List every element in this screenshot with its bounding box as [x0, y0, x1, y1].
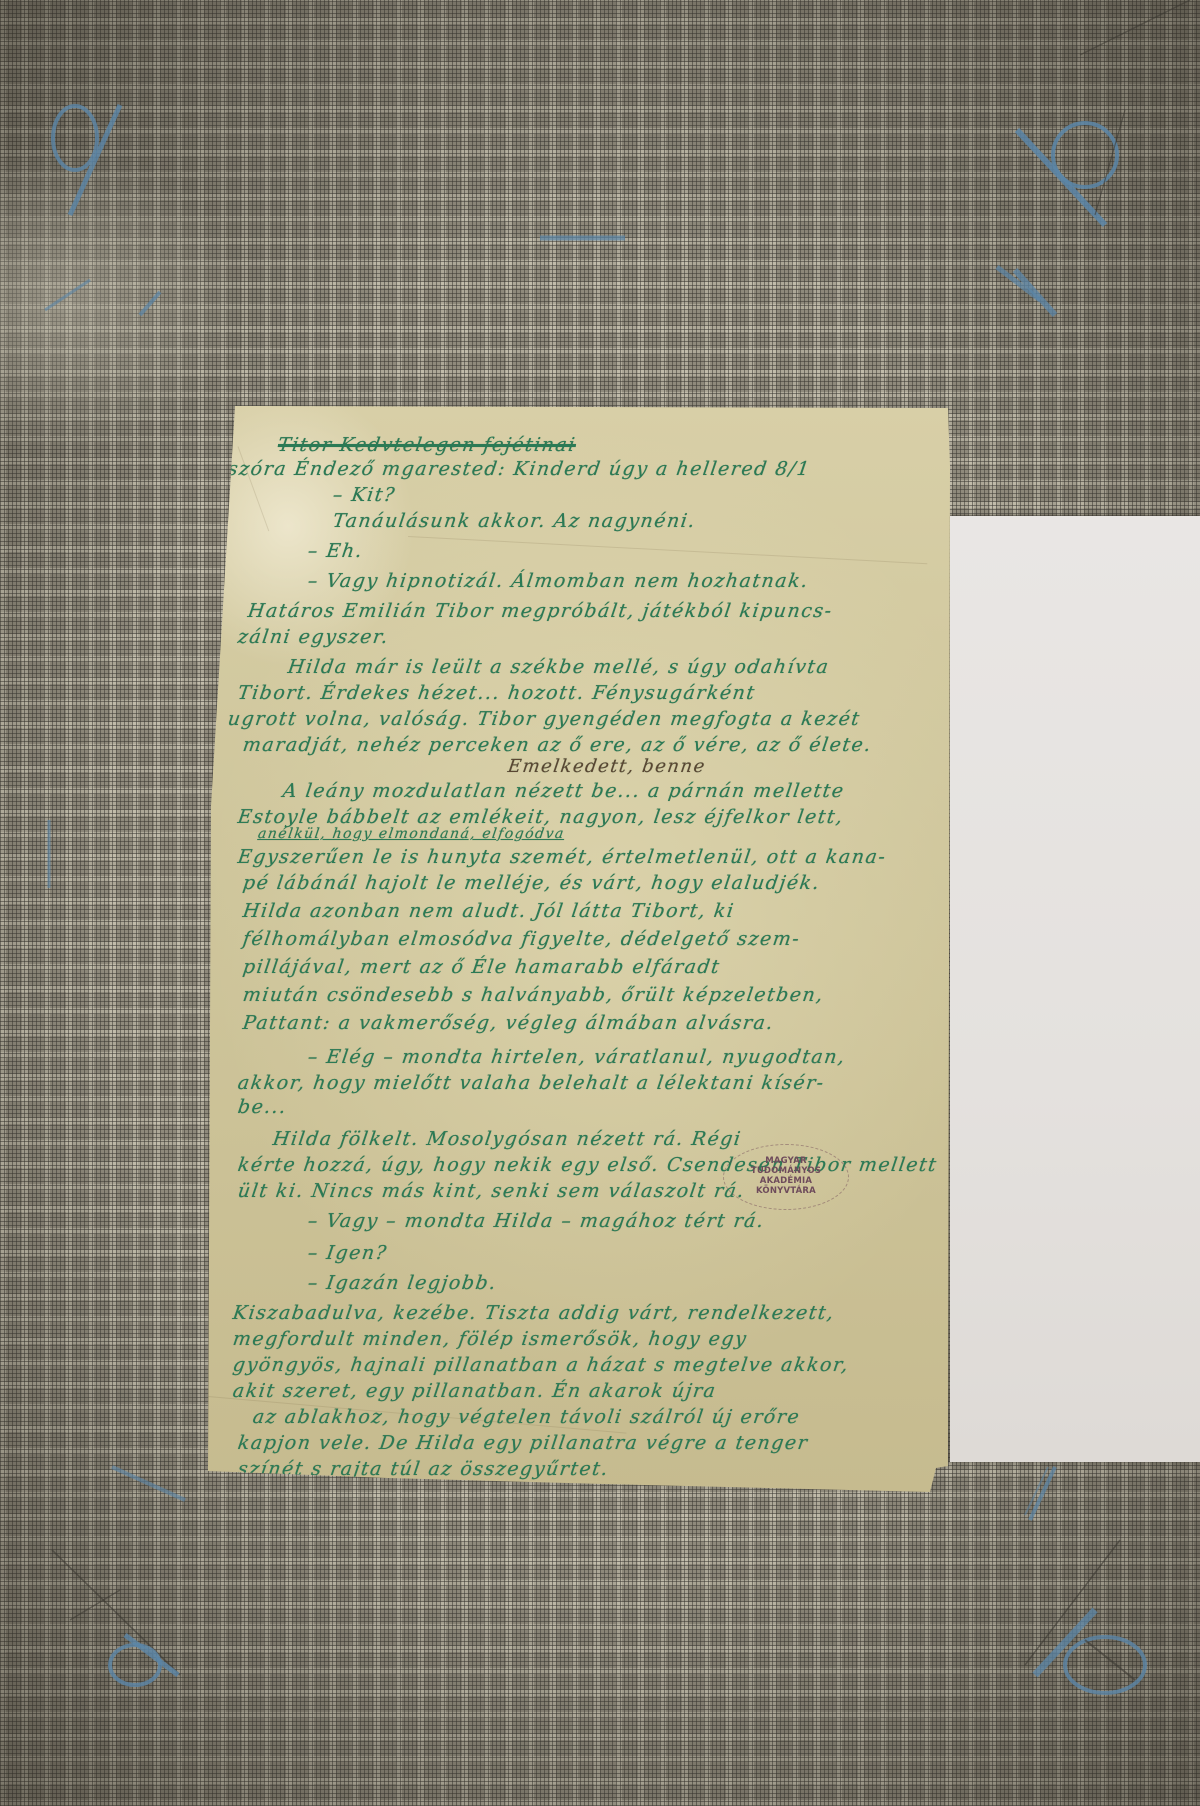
pencil-mark-left-vertical [44, 820, 54, 894]
pencil-mark-bottom-right-b [1005, 1530, 1145, 1694]
pencil-mark-right-tick [995, 265, 1045, 309]
pencil-mark-top-center-dash [540, 228, 630, 247]
pencil-mark-top-right-9 [1015, 110, 1135, 334]
pencil-mark-below-card [1020, 1465, 1060, 1529]
pencil-mark-left-tick [135, 290, 165, 324]
pencil-mark-top-left-9 [40, 100, 140, 224]
blank-white-card [950, 516, 1200, 1462]
pencil-mark-below-paper [110, 1465, 190, 1509]
pencil-mark-bottom-left-b [50, 1540, 190, 1704]
manuscript-bottom-lines [208, 406, 950, 1492]
pencil-mark-top-right-corner-line [1070, 0, 1200, 64]
